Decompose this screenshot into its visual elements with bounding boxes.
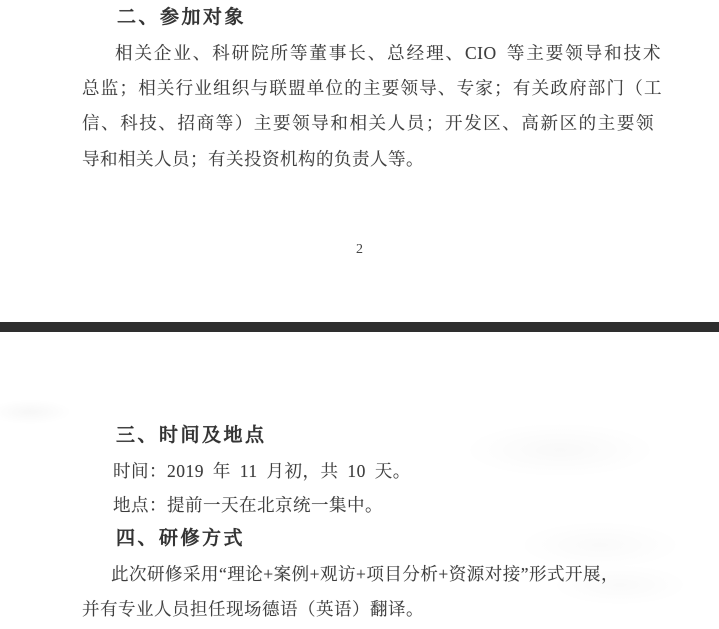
document-page-2: 二、参加对象 相关企业、科研院所等董事长、总经理、CIO 等主要领导和技术 总监… [0,0,719,322]
section-heading-participants: 二、参加对象 [117,6,246,30]
paragraph-line: 导和相关人员；有关投资机构的负责人等。 [82,147,424,171]
time-line: 时间：2019 年 11 月初，共 10 天。 [113,459,411,483]
scanned-document-view: { "doc": { "ink_color": "#3d3d3d", "sepa… [0,0,719,629]
section-heading-method: 四、研修方式 [116,527,245,551]
section-heading-time-place: 三、时间及地点 [116,424,267,448]
page-separator-bar [0,322,719,332]
page-number: 2 [0,242,719,258]
paragraph-line: 此次研修采用“理论+案例+观访+项目分析+资源对接”形式开展， [111,562,619,586]
paragraph-line: 总监；相关行业组织与联盟单位的主要领导、专家；有关政府部门（工 [82,76,662,102]
place-line: 地点：提前一天在北京统一集中。 [113,493,383,517]
paragraph-line: 并有专业人员担任现场德语（英语）翻译。 [82,597,424,621]
paragraph-line: 信、科技、招商等）主要领导和相关人员；开发区、高新区的主要领 [82,111,654,137]
paragraph-line: 相关企业、科研院所等董事长、总经理、CIO 等主要领导和技术 [115,41,661,67]
